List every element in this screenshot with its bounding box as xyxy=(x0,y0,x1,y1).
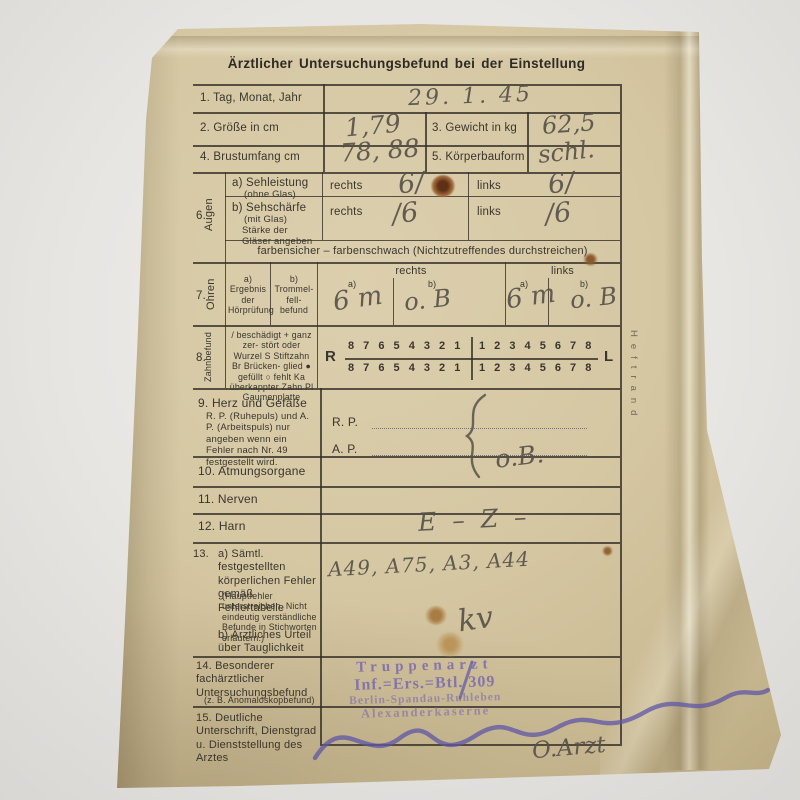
vision-a-sublabel: (ohne Glas) xyxy=(244,189,296,200)
color-vision-line: farbensicher – farbenschwach (Nichtzutre… xyxy=(225,245,620,257)
table-line xyxy=(193,262,620,264)
handwritten-brace xyxy=(433,392,503,480)
table-line xyxy=(323,84,325,172)
top-fold-crease xyxy=(140,36,705,58)
stain-small-spot xyxy=(583,253,598,266)
table-line xyxy=(425,112,427,172)
vision-b-right-label: rechts xyxy=(330,206,363,218)
table-line xyxy=(393,278,394,325)
stain-dark-spot xyxy=(431,175,455,197)
dental-marker-right: R xyxy=(325,348,336,365)
form-title: Ärztlicher Untersuchungsbefund bei der E… xyxy=(193,56,620,71)
field-label-height: 2. Größe in cm xyxy=(200,122,279,134)
handwritten-vision-right-bottom: /6 xyxy=(390,197,419,231)
handwritten-vision-left-bottom: /6 xyxy=(543,197,572,231)
paper: Ärztlicher Untersuchungsbefund bei der E… xyxy=(0,0,800,800)
table-line xyxy=(193,325,620,327)
field-label-chest: 4. Brustumfang cm xyxy=(200,151,300,163)
left-edge-shade xyxy=(110,20,180,790)
dental-lower-right: 8 7 6 5 4 3 2 1 xyxy=(348,362,460,374)
handwritten-vision-left-top: 6/ xyxy=(546,167,575,201)
handwritten-chest: 78, 88 xyxy=(339,133,420,167)
handwritten-vision-right-top: 6/ xyxy=(396,167,425,201)
vision-b-label: b) Sehschärfe xyxy=(232,202,306,214)
handwritten-eardrum-right: o. B xyxy=(403,284,453,317)
table-line xyxy=(468,172,469,240)
eardrum-col-b-header: b) Trommel- fell- befund xyxy=(273,274,315,316)
section8-group-label: Zahnbefund xyxy=(203,327,213,387)
table-line xyxy=(270,262,271,325)
handwritten-eardrum-left: o. B xyxy=(569,282,619,315)
handwritten-fitness-verdict: kv xyxy=(456,600,496,640)
handwritten-defect-codes: A49, A75, A3, A44 xyxy=(328,547,531,582)
handwritten-build: schl. xyxy=(537,135,596,169)
hearing-col-a-header: a) Ergebnis der Hörprüfung xyxy=(228,274,268,316)
table-line xyxy=(322,172,323,240)
handwritten-ob-finding: o.B. xyxy=(493,439,545,474)
field-label-weight: 3. Gewicht in kg xyxy=(432,122,517,134)
dental-legend: / beschädigt + ganz zer- stört oder Wurz… xyxy=(228,330,315,403)
handwritten-hearing-right: 6 m xyxy=(331,281,384,318)
table-line xyxy=(225,262,226,325)
vision-b-left-label: links xyxy=(477,206,501,218)
table-line xyxy=(193,513,620,515)
vision-a-right-label: rechts xyxy=(330,180,363,192)
field-label-heart: 9. Herz und Gefäße xyxy=(198,396,307,410)
dental-lower-left: 1 2 3 4 5 6 7 8 xyxy=(479,362,591,374)
field-label-nerves: 11. Nerven xyxy=(198,492,258,506)
field-label-build: 5. Körperbauform xyxy=(432,151,525,163)
field-label-urine: 12. Harn xyxy=(198,519,246,533)
heart-note: R. P. (Ruhepuls) und A. P. (Arbeitspuls)… xyxy=(206,411,316,468)
vision-a-left-label: links xyxy=(477,180,501,192)
handwritten-date: 29. 1. 45 xyxy=(408,82,534,111)
table-line xyxy=(225,325,226,388)
table-line xyxy=(527,112,529,172)
margin-label-heftrand: Heftrand xyxy=(628,330,639,480)
handwritten-hearing-left: 6 m xyxy=(504,279,557,316)
table-line xyxy=(317,325,318,388)
dental-upper-right: 8 7 6 5 4 3 2 1 xyxy=(348,340,460,352)
field-label-respiratory: 10. Atmungsorgane xyxy=(198,464,305,478)
ears-right-header: rechts xyxy=(317,265,505,277)
table-line xyxy=(193,542,620,544)
table-line xyxy=(193,84,620,86)
dental-quadrant-divider xyxy=(471,337,473,380)
dental-marker-left: L xyxy=(604,348,613,365)
stain-dot xyxy=(602,546,613,556)
vision-b-sublabel: (mit Glas) xyxy=(244,214,287,225)
table-line xyxy=(193,486,620,488)
photo-background: Ärztlicher Untersuchungsbefund bei der E… xyxy=(0,0,800,800)
resting-pulse-label: R. P. xyxy=(332,415,358,429)
vision-a-label: a) Sehleistung xyxy=(232,177,308,189)
field-label-date: 1. Tag, Monat, Jahr xyxy=(200,92,302,104)
stain-tan-blob-1 xyxy=(425,606,447,625)
ears-left-header: links xyxy=(505,265,620,277)
dental-upper-left: 1 2 3 4 5 6 7 8 xyxy=(479,340,591,352)
work-pulse-label: A. P. xyxy=(332,442,357,456)
handwritten-urine-result: E – Z – xyxy=(417,502,531,537)
section13-number: 13. xyxy=(193,548,209,560)
section7-group-label: Ohren xyxy=(205,270,217,318)
section6-group-label: Augen xyxy=(203,186,215,244)
